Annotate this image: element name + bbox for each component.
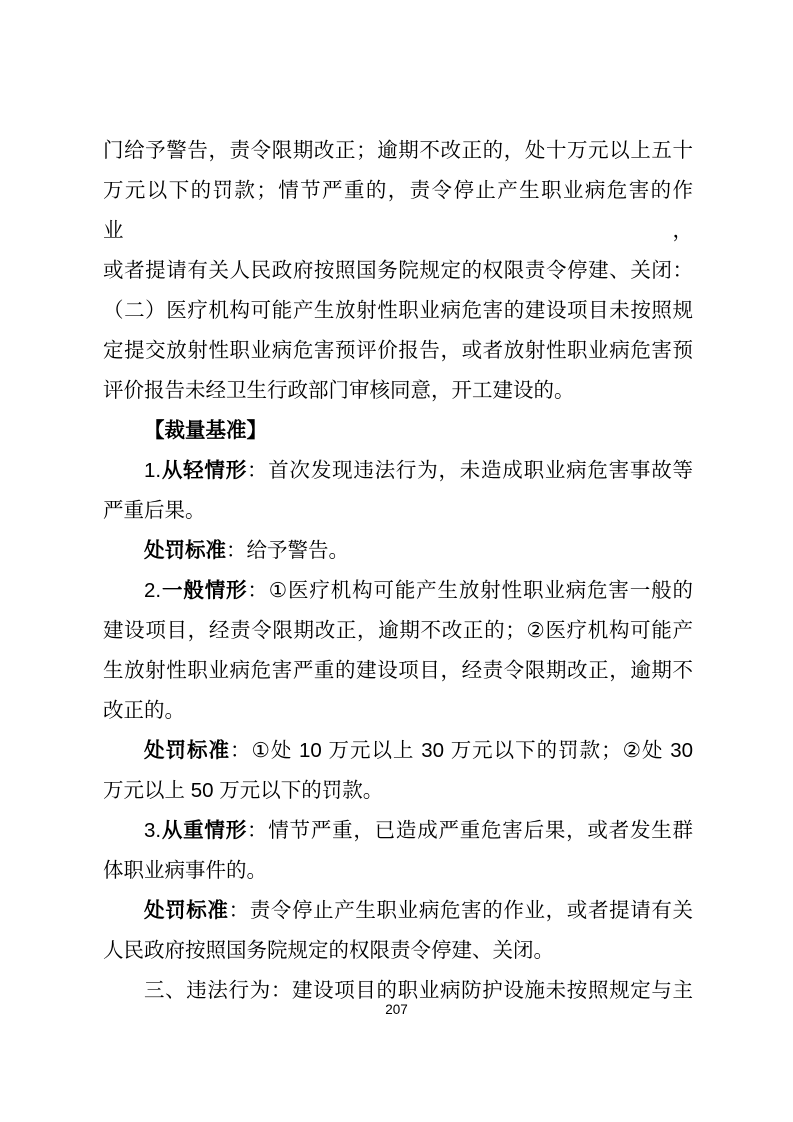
text-line: 评价报告未经卫生行政部门审核同意，开工建设的。	[103, 371, 693, 411]
body-text: 定提交放射性职业病危害预评价报告，或者放射性职业病危害预	[103, 339, 693, 362]
emphasis-text: 从轻情形	[161, 459, 247, 482]
body-text: ：①处 10 万元以上 30 万元以下的罚款；②处 30	[230, 739, 693, 762]
text-line: 生放射性职业病危害严重的建设项目，经责令限期改正，逾期不	[103, 651, 693, 691]
body-text: 建设项目，经责令限期改正，逾期不改正的；②医疗机构可能产	[103, 619, 693, 642]
body-text: 1.	[144, 459, 161, 482]
emphasis-text: 一般情形	[161, 579, 247, 602]
body-text: （二）医疗机构可能产生放射性职业病危害的建设项目未按照规	[103, 299, 693, 322]
text-line: （二）医疗机构可能产生放射性职业病危害的建设项目未按照规	[103, 291, 693, 331]
body-text: ：给予警告。	[226, 539, 349, 562]
body-text: 门给予警告，责令限期改正；逾期不改正的，处十万元以上五十	[103, 139, 693, 162]
text-line: 或者提请有关人民政府按照国务院规定的权限责令停建、关闭：	[103, 251, 693, 291]
document-body: 门给予警告，责令限期改正；逾期不改正的，处十万元以上五十万元以下的罚款；情节严重…	[103, 131, 693, 1011]
text-line: 门给予警告，责令限期改正；逾期不改正的，处十万元以上五十	[103, 131, 693, 171]
page-footer: 207	[0, 999, 793, 1021]
body-text: 改正的。	[103, 699, 185, 722]
text-line: 【裁量基准】	[103, 411, 693, 451]
body-text: 评价报告未经卫生行政部门审核同意，开工建设的。	[103, 379, 575, 402]
text-line: 改正的。	[103, 691, 693, 731]
text-line: 体职业病事件的。	[103, 851, 693, 891]
text-line: 定提交放射性职业病危害预评价报告，或者放射性职业病危害预	[103, 331, 693, 371]
emphasis-text: 从重情形	[161, 819, 247, 842]
body-text: ：首次发现违法行为，未造成职业病危害事故等	[247, 459, 693, 482]
emphasis-text: 【裁量基准】	[144, 419, 267, 442]
body-text: ：情节严重，已造成严重危害后果，或者发生群	[247, 819, 693, 842]
text-line: 2.一般情形：①医疗机构可能产生放射性职业病危害一般的	[103, 571, 693, 611]
text-line: 严重后果。	[103, 491, 693, 531]
page-number: 207	[385, 1002, 408, 1017]
body-text: 万元以上 50 万元以下的罚款。	[103, 779, 383, 802]
body-text: 或者提请有关人民政府按照国务院规定的权限责令停建、关闭：	[103, 259, 693, 282]
body-text: 体职业病事件的。	[103, 859, 267, 882]
body-text: 生放射性职业病危害严重的建设项目，经责令限期改正，逾期不	[103, 659, 693, 682]
text-line: 人民政府按照国务院规定的权限责令停建、关闭。	[103, 931, 693, 971]
body-text: 人民政府按照国务院规定的权限责令停建、关闭。	[103, 939, 554, 962]
body-text: 严重后果。	[103, 499, 206, 522]
emphasis-text: 处罚标准	[144, 539, 226, 562]
emphasis-text: 处罚标准	[144, 739, 230, 762]
body-text: 2.	[144, 579, 161, 602]
body-text: 万元以下的罚款；情节严重的，责令停止产生职业病危害的作业，	[103, 179, 693, 242]
text-line: 处罚标准：①处 10 万元以上 30 万元以下的罚款；②处 30	[103, 731, 693, 771]
document-page: 门给予警告，责令限期改正；逾期不改正的，处十万元以上五十万元以下的罚款；情节严重…	[0, 0, 793, 1122]
text-line: 处罚标准：责令停止产生职业病危害的作业，或者提请有关	[103, 891, 693, 931]
text-line: 万元以上 50 万元以下的罚款。	[103, 771, 693, 811]
emphasis-text: 处罚标准	[144, 899, 229, 922]
text-line: 1.从轻情形：首次发现违法行为，未造成职业病危害事故等	[103, 451, 693, 491]
text-line: 处罚标准：给予警告。	[103, 531, 693, 571]
text-line: 万元以下的罚款；情节严重的，责令停止产生职业病危害的作业，	[103, 171, 693, 251]
text-line: 建设项目，经责令限期改正，逾期不改正的；②医疗机构可能产	[103, 611, 693, 651]
body-text: ：①医疗机构可能产生放射性职业病危害一般的	[247, 579, 693, 602]
body-text: 3.	[144, 819, 161, 842]
text-line: 3.从重情形：情节严重，已造成严重危害后果，或者发生群	[103, 811, 693, 851]
body-text: ：责令停止产生职业病危害的作业，或者提请有关	[229, 899, 693, 922]
